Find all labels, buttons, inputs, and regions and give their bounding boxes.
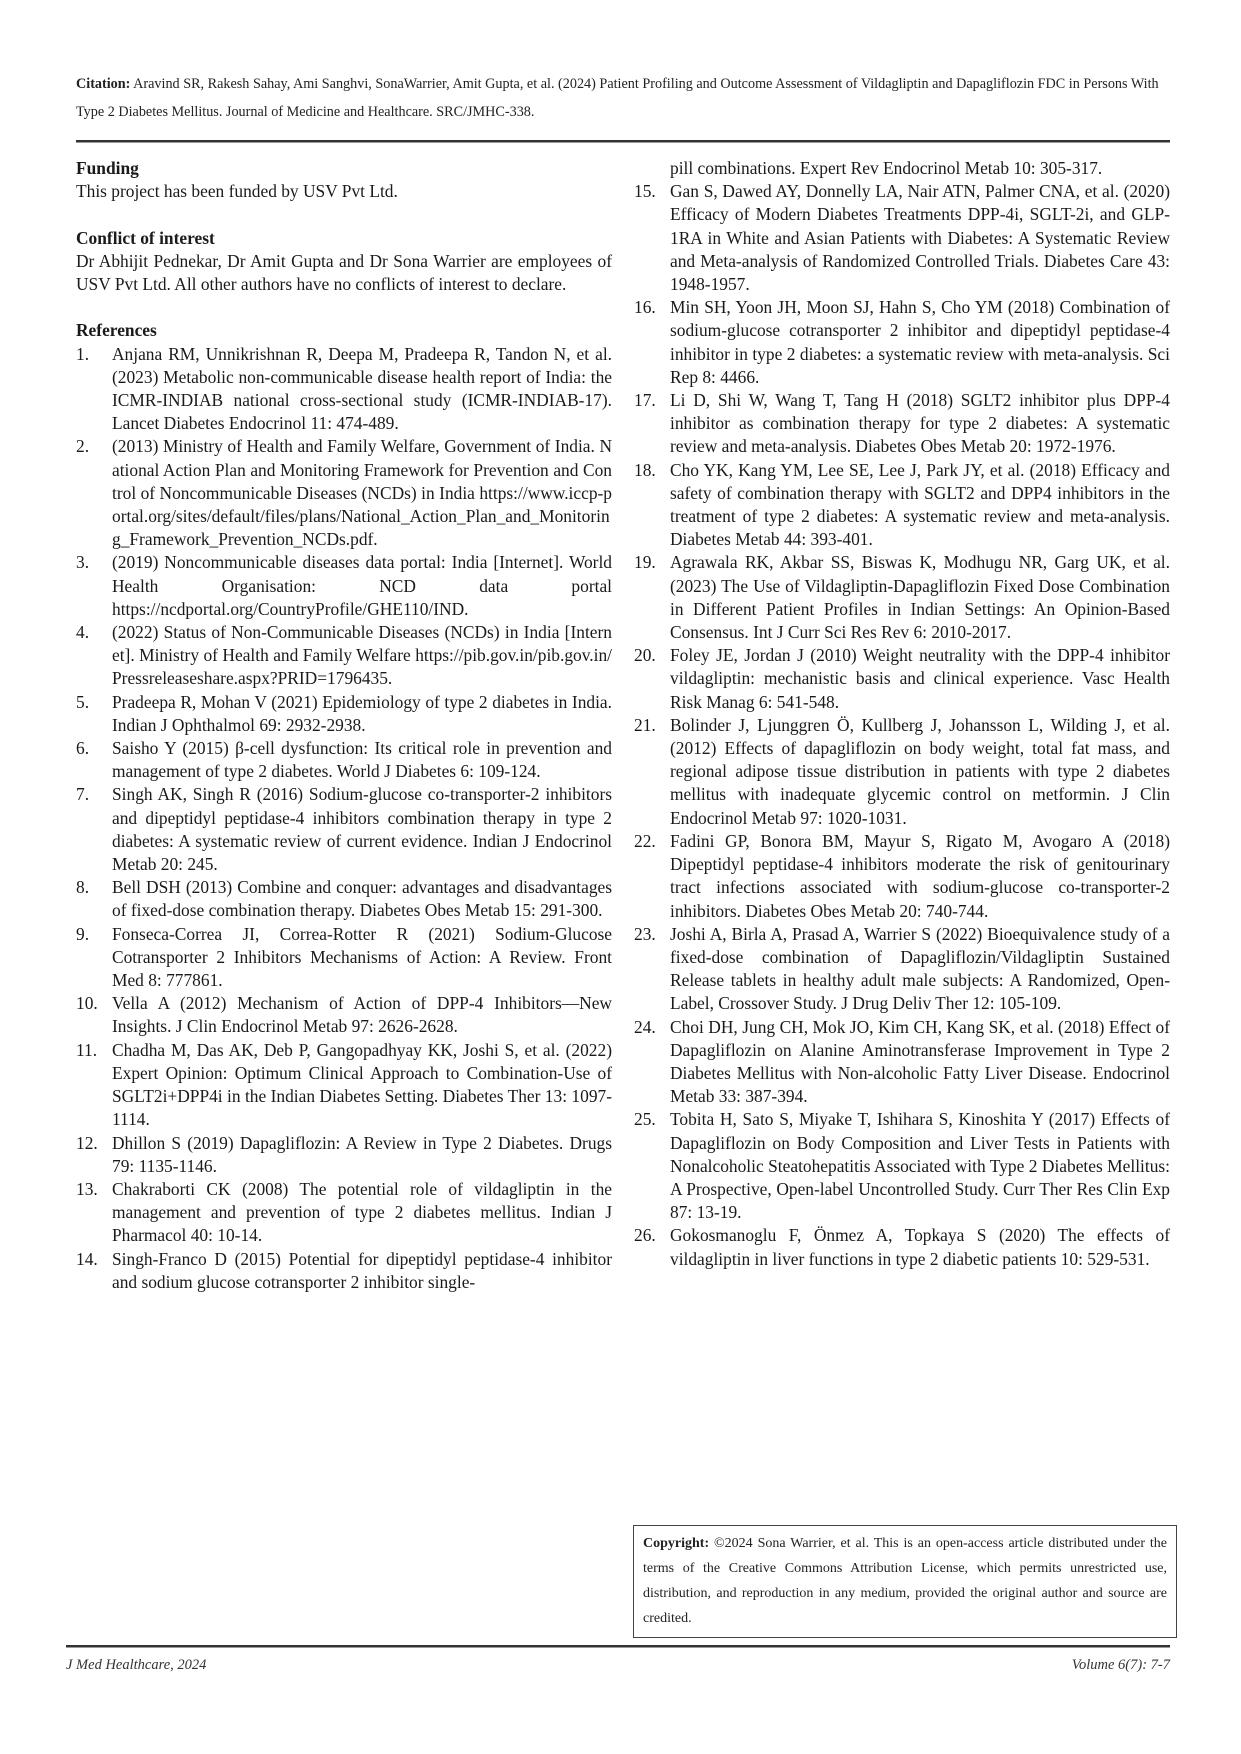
reference-item: 3.(2019) Noncommunicable diseases data p… xyxy=(76,551,612,621)
reference-item: 15.Gan S, Dawed AY, Donnelly LA, Nair AT… xyxy=(634,180,1170,296)
funding-text: This project has been funded by USV Pvt … xyxy=(76,180,612,203)
header-divider xyxy=(76,140,1170,143)
footer-volume: Volume 6(7): 7-7 xyxy=(1072,1657,1170,1674)
footer-journal: J Med Healthcare, 2024 xyxy=(66,1657,206,1674)
reference-item: 1.Anjana RM, Unnikrishnan R, Deepa M, Pr… xyxy=(76,343,612,436)
reference-item: 21.Bolinder J, Ljunggren Ö, Kullberg J, … xyxy=(634,714,1170,830)
reference-item: 24.Choi DH, Jung CH, Mok JO, Kim CH, Kan… xyxy=(634,1016,1170,1109)
reference-item: 7.Singh AK, Singh R (2016) Sodium-glucos… xyxy=(76,783,612,876)
reference-item: 12.Dhillon S (2019) Dapagliflozin: A Rev… xyxy=(76,1132,612,1178)
citation-label: Citation: xyxy=(76,76,130,92)
conflict-text: Dr Abhijit Pednekar, Dr Amit Gupta and D… xyxy=(76,250,612,296)
references-heading: References xyxy=(76,319,612,342)
reference-item: 20.Foley JE, Jordan J (2010) Weight neut… xyxy=(634,644,1170,714)
reference-item: 9.Fonseca-Correa JI, Correa-Rotter R (20… xyxy=(76,923,612,993)
reference-item: 4.(2022) Status of Non-Communicable Dise… xyxy=(76,621,612,691)
reference-item: 18.Cho YK, Kang YM, Lee SE, Lee J, Park … xyxy=(634,459,1170,552)
reference-item: 17.Li D, Shi W, Wang T, Tang H (2018) SG… xyxy=(634,389,1170,459)
copyright-box: Copyright: ©2024 Sona Warrier, et al. Th… xyxy=(633,1525,1177,1638)
reference-item: 8.Bell DSH (2013) Combine and conquer: a… xyxy=(76,876,612,922)
reference-item: 19.Agrawala RK, Akbar SS, Biswas K, Modh… xyxy=(634,551,1170,644)
funding-heading: Funding xyxy=(76,157,612,180)
reference-item: 16.Min SH, Yoon JH, Moon SJ, Hahn S, Cho… xyxy=(634,296,1170,389)
reference-item: 25.Tobita H, Sato S, Miyake T, Ishihara … xyxy=(634,1108,1170,1224)
copyright-text: ©2024 Sona Warrier, et al. This is an op… xyxy=(643,1536,1167,1626)
right-column: pill combinations. Expert Rev Endocrinol… xyxy=(634,157,1170,1271)
reference-item: 5.Pradeepa R, Mohan V (2021) Epidemiolog… xyxy=(76,691,612,737)
reference-item: 2.(2013) Ministry of Health and Family W… xyxy=(76,435,612,551)
reference-item-continuation: pill combinations. Expert Rev Endocrinol… xyxy=(634,157,1170,180)
reference-item: 22.Fadini GP, Bonora BM, Mayur S, Rigato… xyxy=(634,830,1170,923)
reference-item: 13.Chakraborti CK (2008) The potential r… xyxy=(76,1178,612,1248)
reference-item: 14.Singh-Franco D (2015) Potential for d… xyxy=(76,1248,612,1294)
reference-item: 11.Chadha M, Das AK, Deb P, Gangopadhyay… xyxy=(76,1039,612,1132)
footer-divider xyxy=(66,1645,1170,1648)
left-column: Funding This project has been funded by … xyxy=(76,157,612,1294)
reference-item: 6.Saisho Y (2015) β-cell dysfunction: It… xyxy=(76,737,612,783)
citation-text: Aravind SR, Rakesh Sahay, Ami Sanghvi, S… xyxy=(76,76,1159,120)
reference-item: 26.Gokosmanoglu F, Önmez A, Topkaya S (2… xyxy=(634,1224,1170,1270)
reference-item: 23.Joshi A, Birla A, Prasad A, Warrier S… xyxy=(634,923,1170,1016)
copyright-label: Copyright: xyxy=(643,1536,709,1551)
citation-header: Citation: Aravind SR, Rakesh Sahay, Ami … xyxy=(76,70,1170,126)
reference-item: 10.Vella A (2012) Mechanism of Action of… xyxy=(76,992,612,1038)
conflict-heading: Conflict of interest xyxy=(76,227,612,250)
